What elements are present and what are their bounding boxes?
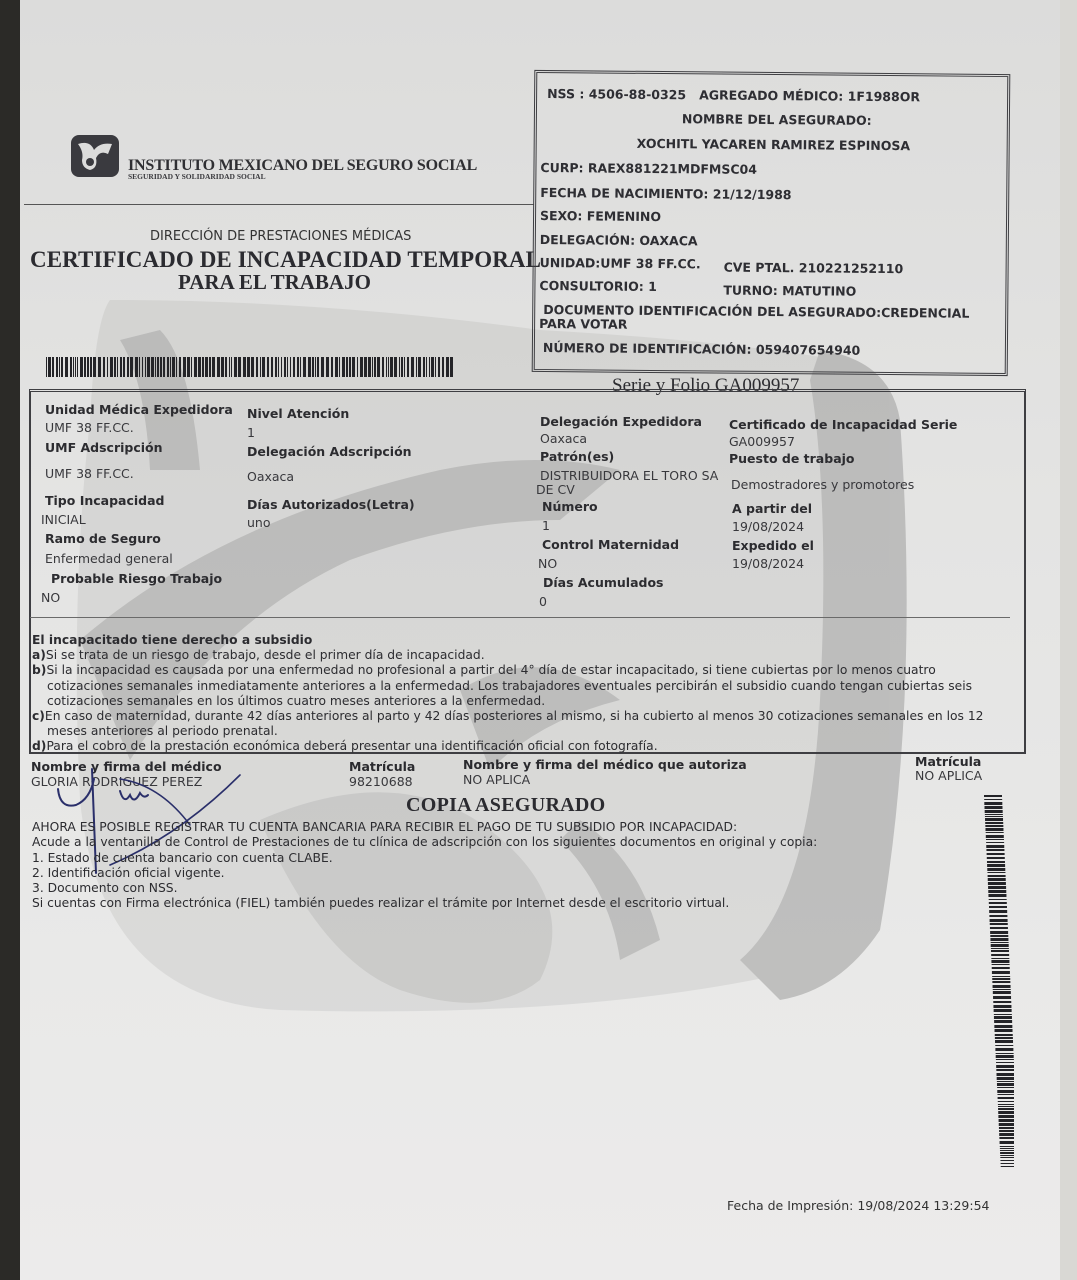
birthdate-value: 21/12/1988 <box>713 186 792 202</box>
rights-item-d: d)Para el cobro de la prestación económi… <box>32 739 1012 754</box>
delegacion-expedidora-value: Oaxaca <box>540 431 587 446</box>
notice-line1: AHORA ES POSIBLE REGISTRAR TU CUENTA BAN… <box>32 820 817 835</box>
bank-account-notice: AHORA ES POSIBLE REGISTRAR TU CUENTA BAN… <box>32 820 817 912</box>
certificate-document: INSTITUTO MEXICANO DEL SEGURO SOCIAL SEG… <box>20 0 1060 1280</box>
section-divider <box>30 617 1010 618</box>
documento-line2: PARA VOTAR <box>539 316 627 332</box>
rights-item-b-line2: cotizaciones semanales inmediatamente an… <box>32 679 1012 694</box>
control-maternidad-label: Control Maternidad <box>542 537 679 552</box>
umf-adscripcion-value: UMF 38 FF.CC. <box>45 466 134 481</box>
tipo-incapacidad-value: INICIAL <box>41 512 86 527</box>
cve-row: CVE PTAL. 210221252110 <box>724 260 904 277</box>
numero-id-row: NÚMERO DE IDENTIFICACIÓN: 059407654940 <box>543 340 860 358</box>
print-date: Fecha de Impresión: 19/08/2024 13:29:54 <box>727 1198 989 1213</box>
certificado-serie-value: GA009957 <box>729 434 795 449</box>
rights-item-c-line2: meses anteriores al periodo prenatal. <box>32 724 1012 739</box>
delegacion-expedidora-label: Delegación Expedidora <box>540 414 702 429</box>
riesgo-trabajo-label: Probable Riesgo Trabajo <box>51 571 222 586</box>
turno-value: MATUTINO <box>782 283 856 299</box>
notice-item-3: 3. Documento con NSS. <box>32 881 817 896</box>
a-partir-label: A partir del <box>732 501 812 516</box>
sexo-row: SEXO: FEMENINO <box>540 208 661 224</box>
paper-stack: INSTITUTO MEXICANO DEL SEGURO SOCIAL SEG… <box>20 0 1077 1280</box>
unidad-expedidora-value: UMF 38 FF.CC. <box>45 420 134 435</box>
consultorio-row: CONSULTORIO: 1 <box>539 278 657 294</box>
delegacion-adscripcion-label: Delegación Adscripción <box>247 444 412 459</box>
barcode-vertical-icon <box>982 795 1014 1170</box>
ramo-seguro-value: Enfermedad general <box>45 551 173 566</box>
consultorio-value: 1 <box>648 279 657 294</box>
turno-row: TURNO: MATUTINO <box>723 283 856 299</box>
notice-item-1: 1. Estado de cuenta bancario con cuenta … <box>32 851 817 866</box>
nss-row: NSS : 4506-88-0325 AGREGADO MÉDICO: 1F19… <box>547 86 920 104</box>
matricula2-value: NO APLICA <box>915 768 982 783</box>
nss-value: 4506-88-0325 <box>589 86 686 102</box>
dias-acumulados-label: Días Acumulados <box>543 575 664 590</box>
notice-line2: Acude a la ventanilla de Control de Pres… <box>32 835 817 850</box>
patient-name: XOCHITL YACAREN RAMIREZ ESPINOSA <box>637 136 911 153</box>
curp-value: RAEX881221MDFMSC04 <box>588 160 757 176</box>
certificado-serie-label: Certificado de Incapacidad Serie <box>729 417 957 432</box>
notice-item-2: 2. Identificación oficial vigente. <box>32 866 817 881</box>
header-rule <box>24 204 534 205</box>
autoriza-label: Nombre y firma del médico que autoriza <box>463 757 747 772</box>
numero-label: Número <box>542 499 598 514</box>
copia-asegurado-heading: COPIA ASEGURADO <box>406 794 606 817</box>
puesto-value: Demostradores y promotores <box>731 477 914 492</box>
birthdate-row: FECHA DE NACIMIENTO: 21/12/1988 <box>540 185 791 202</box>
control-maternidad-value: NO <box>538 556 557 571</box>
rights-item-a: a)Si se trata de un riesgo de trabajo, d… <box>32 648 1012 663</box>
unidad-value: UMF 38 FF.CC. <box>600 256 700 272</box>
riesgo-trabajo-value: NO <box>41 590 60 605</box>
dias-autorizados-label: Días Autorizados(Letra) <box>247 497 415 512</box>
notice-line-last: Si cuentas con Firma electrónica (FIEL) … <box>32 896 817 911</box>
matricula2-label: Matrícula <box>915 754 981 769</box>
nivel-atencion-value: 1 <box>247 425 255 440</box>
tipo-incapacidad-label: Tipo Incapacidad <box>45 493 165 508</box>
patron-value: DISTRIBUIDORA EL TORO SA <box>540 468 718 483</box>
barcode-horizontal-icon <box>46 357 456 389</box>
numero-value: 1 <box>542 518 550 533</box>
patron-value-line2: DE CV <box>536 482 575 497</box>
dias-acumulados-value: 0 <box>539 594 547 609</box>
delegacion-adscripcion-value: Oaxaca <box>247 469 294 484</box>
subsidy-rights: El incapacitado tiene derecho a subsidio… <box>32 633 1012 755</box>
institution-tagline: SEGURIDAD Y SOLIDARIDAD SOCIAL <box>128 172 266 181</box>
patron-label: Patrón(es) <box>540 449 614 464</box>
rights-title: El incapacitado tiene derecho a subsidio <box>32 633 1012 648</box>
cve-value: 210221252110 <box>799 260 904 276</box>
expedido-value: 19/08/2024 <box>732 556 804 571</box>
delegacion-value: OAXACA <box>639 233 697 249</box>
imss-logo-icon <box>70 134 120 178</box>
matricula-value: 98210688 <box>349 774 413 789</box>
umf-adscripcion-label: UMF Adscripción <box>45 440 163 455</box>
sexo-value: FEMENINO <box>587 208 661 224</box>
unidad-expedidora-label: Unidad Médica Expedidora <box>45 402 233 417</box>
expedido-label: Expedido el <box>732 538 814 553</box>
autoriza-value: NO APLICA <box>463 772 530 787</box>
certificate-title-line2: PARA EL TRABAJO <box>178 270 371 295</box>
puesto-label: Puesto de trabajo <box>729 451 855 466</box>
nivel-atencion-label: Nivel Atención <box>247 406 349 421</box>
rights-item-b: b)Si la incapacidad es causada por una e… <box>32 663 1012 678</box>
agregado-value: 1F1988OR <box>848 89 920 105</box>
direccion-heading: DIRECCIÓN DE PRESTACIONES MÉDICAS <box>150 229 411 244</box>
numero-id-value: 059407654940 <box>756 342 861 358</box>
patient-info-box: NSS : 4506-88-0325 AGREGADO MÉDICO: 1F19… <box>532 70 1011 376</box>
rights-item-c: c)En caso de maternidad, durante 42 días… <box>32 709 1012 724</box>
matricula-label: Matrícula <box>349 759 415 774</box>
ramo-seguro-label: Ramo de Seguro <box>45 531 161 546</box>
documento-value: CREDENCIAL <box>881 305 969 321</box>
delegacion-row: DELEGACIÓN: OAXACA <box>540 232 698 248</box>
dias-autorizados-value: uno <box>247 515 271 530</box>
curp-row: CURP: RAEX881221MDFMSC04 <box>540 160 757 177</box>
unidad-row: UNIDAD:UMF 38 FF.CC. <box>540 255 701 271</box>
a-partir-value: 19/08/2024 <box>732 519 804 534</box>
nombre-label: NOMBRE DEL ASEGURADO: <box>682 111 872 128</box>
rights-item-b-line3: cotizaciones semanales en los últimos cu… <box>32 694 1012 709</box>
